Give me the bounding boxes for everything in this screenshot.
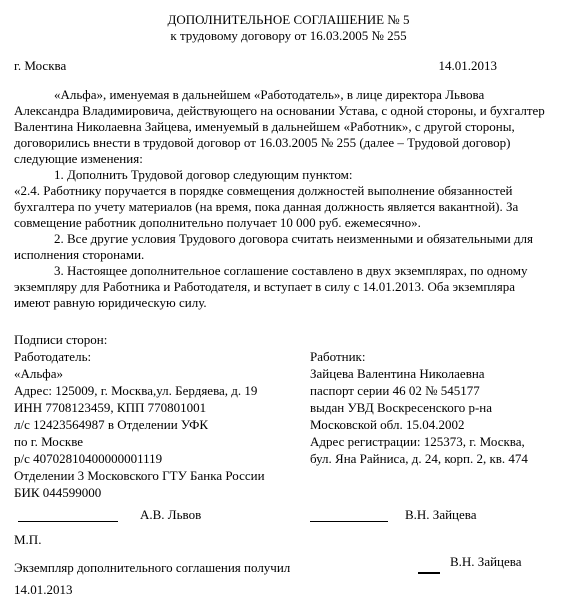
paragraph-clause-2-4: «2.4. Работнику поручается в порядке сов…: [14, 183, 563, 231]
employer-inn-kpp: ИНН 7708123459, КПП 770801001: [14, 399, 310, 416]
document-city: г. Москва: [14, 58, 66, 74]
employer-address: Адрес: 125009, г. Москва,ул. Бердяева, д…: [14, 382, 310, 399]
paragraph-preamble: «Альфа», именуемая в дальнейшем «Работод…: [14, 87, 563, 167]
employer-personal-account: л/с 12423564987 в Отделении УФК: [14, 416, 310, 433]
stamp-label: М.П.: [14, 531, 563, 548]
employer-bik: БИК 044599000: [14, 484, 310, 501]
parties-columns: Работодатель: «Альфа» Адрес: 125009, г. …: [14, 348, 563, 501]
employee-passport-series: паспорт серии 46 02 № 545177: [310, 382, 563, 399]
employee-details: Работник: Зайцева Валентина Николаевна п…: [310, 348, 563, 501]
document-subtitle: к трудовому договору от 16.03.2005 № 255: [14, 28, 563, 44]
received-signature-line: [418, 568, 440, 574]
employer-ufk-city: по г. Москве: [14, 433, 310, 450]
document-page: ДОПОЛНИТЕЛЬНОЕ СОГЛАШЕНИЕ № 5 к трудовом…: [0, 0, 577, 608]
employee-full-name: Зайцева Валентина Николаевна: [310, 365, 563, 382]
employer-settlement-account: р/с 40702810400000001119: [14, 450, 310, 467]
received-text: Экземпляр дополнительного соглашения пол…: [14, 560, 290, 576]
document-title: ДОПОЛНИТЕЛЬНОЕ СОГЛАШЕНИЕ № 5: [14, 12, 563, 28]
employer-details: Работодатель: «Альфа» Адрес: 125009, г. …: [14, 348, 310, 501]
received-signature-name: В.Н. Зайцева: [450, 554, 522, 570]
paragraph-clause-1: 1. Дополнить Трудовой договор следующим …: [14, 167, 563, 183]
received-row: Экземпляр дополнительного соглашения пол…: [14, 554, 563, 578]
employee-label: Работник:: [310, 348, 563, 365]
signatures-heading: Подписи сторон:: [14, 331, 563, 348]
employee-registration-address-1: Адрес регистрации: 125373, г. Москва,: [310, 433, 563, 450]
employer-label: Работодатель:: [14, 348, 310, 365]
signature-row: А.В. Львов В.Н. Зайцева: [14, 507, 563, 525]
city-date-row: г. Москва 14.01.2013: [14, 58, 563, 74]
employee-passport-date: Московской обл. 15.04.2002: [310, 416, 563, 433]
employee-signature-name: В.Н. Зайцева: [405, 507, 477, 523]
employer-bank-branch: Отделении 3 Московского ГТУ Банка России: [14, 467, 310, 484]
received-date: 14.01.2013: [14, 582, 563, 598]
employer-company-name: «Альфа»: [14, 365, 310, 382]
employee-signature-line: [310, 507, 388, 522]
paragraph-clause-3: 3. Настоящее дополнительное соглашение с…: [14, 263, 563, 311]
document-body: «Альфа», именуемая в дальнейшем «Работод…: [14, 87, 563, 311]
employer-signature-name: А.В. Львов: [140, 507, 201, 523]
employer-signature-line: [18, 507, 118, 522]
employee-passport-issuer: выдан УВД Воскресенского р-на: [310, 399, 563, 416]
paragraph-clause-2: 2. Все другие условия Трудового договора…: [14, 231, 563, 263]
document-date: 14.01.2013: [439, 58, 498, 74]
employee-registration-address-2: бул. Яна Райниса, д. 24, корп. 2, кв. 47…: [310, 450, 563, 467]
